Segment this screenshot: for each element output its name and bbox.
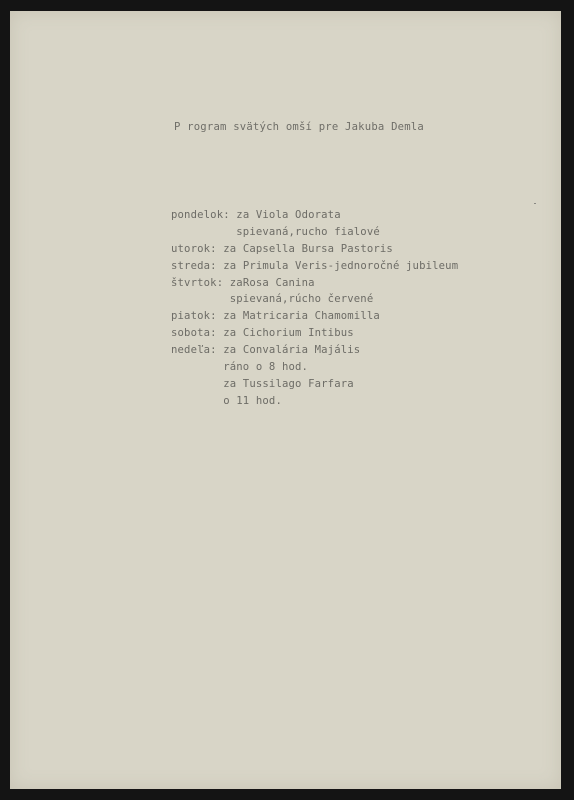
day-label: streda: xyxy=(171,260,217,272)
schedule-entry: za Convalária Majális xyxy=(217,344,361,356)
schedule-line: spievaná,rúcho červené xyxy=(171,291,458,308)
schedule-entry: o 11 hod. xyxy=(171,395,282,407)
schedule-entry: za Cichorium Intibus xyxy=(217,327,354,339)
schedule-line: štvrtok: zaRosa Canina xyxy=(171,275,458,292)
schedule-line: pondelok: za Viola Odorata xyxy=(171,207,458,224)
schedule-entry: za Viola Odorata xyxy=(230,209,341,221)
schedule-line: nedeľa: za Convalária Majális xyxy=(171,342,458,359)
schedule-entry: za Capsella Bursa Pastoris xyxy=(217,243,393,255)
day-label: štvrtok: xyxy=(171,277,223,289)
schedule-line: spievaná,rucho fialové xyxy=(171,224,458,241)
schedule-line: za Tussilago Farfara xyxy=(171,376,458,393)
schedule-line: ráno o 8 hod. xyxy=(171,359,458,376)
mass-schedule: pondelok: za Viola Odorata spievaná,ruch… xyxy=(171,207,458,410)
schedule-entry: spievaná,rucho fialové xyxy=(171,226,380,238)
document-page: P rogram svätých omší pre Jakuba Demla p… xyxy=(10,11,561,789)
schedule-entry: za Primula Veris-jednoročné jubileum xyxy=(217,260,459,272)
day-label: pondelok: xyxy=(171,209,230,221)
day-label: sobota: xyxy=(171,327,217,339)
schedule-line: piatok: za Matricaria Chamomilla xyxy=(171,308,458,325)
schedule-entry: spievaná,rúcho červené xyxy=(171,293,373,305)
schedule-line: o 11 hod. xyxy=(171,393,458,410)
schedule-line: streda: za Primula Veris-jednoročné jubi… xyxy=(171,258,458,275)
day-label: nedeľa: xyxy=(171,344,217,356)
paper-speck xyxy=(534,203,536,204)
schedule-line: sobota: za Cichorium Intibus xyxy=(171,325,458,342)
schedule-line: utorok: za Capsella Bursa Pastoris xyxy=(171,241,458,258)
day-label: piatok: xyxy=(171,310,217,322)
schedule-entry: za Matricaria Chamomilla xyxy=(217,310,380,322)
document-title: P rogram svätých omší pre Jakuba Demla xyxy=(174,121,424,133)
schedule-entry: za Tussilago Farfara xyxy=(171,378,354,390)
schedule-entry: ráno o 8 hod. xyxy=(171,361,308,373)
schedule-entry: zaRosa Canina xyxy=(223,277,314,289)
day-label: utorok: xyxy=(171,243,217,255)
